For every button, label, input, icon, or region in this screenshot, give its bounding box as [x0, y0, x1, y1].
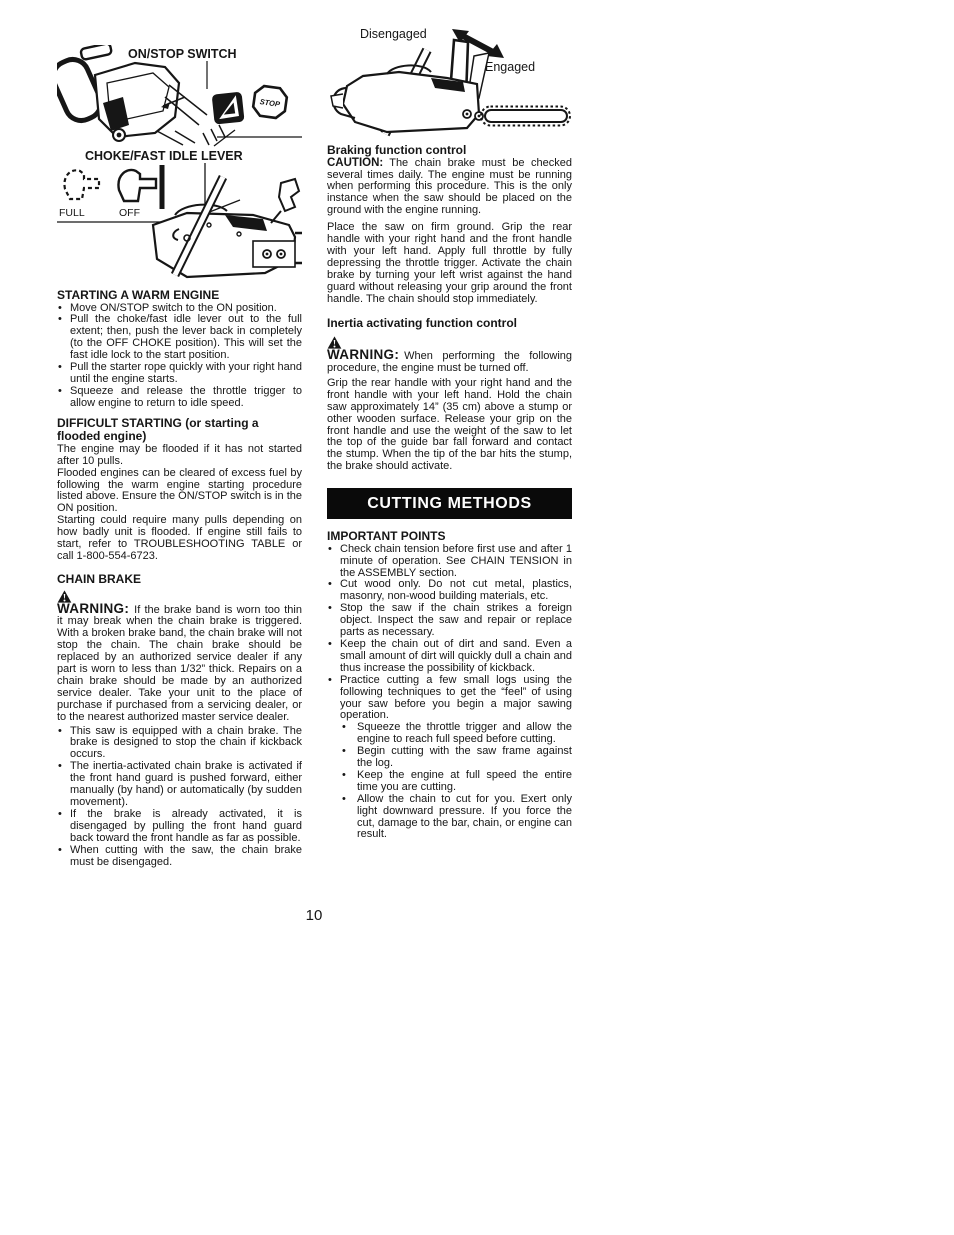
- off-position-label: OFF: [119, 207, 140, 219]
- list-item: When cutting with the saw, the chain bra…: [57, 845, 302, 869]
- cutting-methods-banner: CUTTING METHODS: [327, 488, 572, 519]
- difficult-starting-heading: DIFFICULT STARTING (or starting a floode…: [57, 417, 302, 444]
- stop-sign-icon: STOP: [252, 85, 288, 119]
- warning-label: WARNING:: [57, 601, 134, 616]
- list-item: If the brake is already activated, it is…: [57, 809, 302, 845]
- list-item: Begin cutting with the saw frame against…: [340, 746, 572, 770]
- list-item: Cut wood only. Do not cut metal, plastic…: [327, 579, 572, 603]
- list-item: The inertia-activated chain brake is act…: [57, 761, 302, 809]
- body-paragraph: The engine may be flooded if it has not …: [57, 444, 302, 468]
- right-column: Disengaged Engaged: [327, 22, 572, 841]
- chain-brake-list: This saw is equipped with a chain brake.…: [57, 726, 302, 869]
- practice-techniques-list: Squeeze the throttle trigger and allow t…: [327, 722, 572, 841]
- disengaged-label: Disengaged: [360, 27, 427, 41]
- rocker-switch-icon: [212, 92, 245, 125]
- list-item: Stop the saw if the chain strikes a fore…: [327, 603, 572, 639]
- list-item: Check chain tension before first use and…: [327, 544, 572, 580]
- body-paragraph: Starting could require many pulls depend…: [57, 515, 302, 563]
- page-number: 10: [294, 907, 334, 924]
- list-item: This saw is equipped with a chain brake.…: [57, 726, 302, 762]
- full-position-label: FULL: [59, 207, 85, 219]
- important-points-heading: IMPORTANT POINTS: [327, 530, 572, 544]
- list-item: Squeeze and release the throttle trigger…: [57, 386, 302, 410]
- list-item: Allow the chain to cut for you. Exert on…: [340, 794, 572, 842]
- body-paragraph: Place the saw on firm ground. Grip the r…: [327, 222, 572, 305]
- inertia-warning: WARNING:When performing the following pr…: [327, 336, 572, 375]
- chain-brake-heading: CHAIN BRAKE: [57, 573, 302, 587]
- list-item: Pull the starter rope quickly with your …: [57, 362, 302, 386]
- warning-label: WARNING:: [327, 347, 404, 362]
- chain-brake-warning: WARNING:If the brake band is worn too th…: [57, 590, 302, 724]
- onstop-switch-illustration: ON/STOP SWITCH: [57, 45, 302, 149]
- manual-page: ON/STOP SWITCH: [0, 0, 954, 1235]
- chain-brake-figure: Disengaged Engaged: [327, 22, 572, 140]
- caution-paragraph: CAUTION:The chain brake must be checked …: [327, 158, 572, 218]
- important-points-list: Check chain tension before first use and…: [327, 544, 572, 723]
- onstop-switch-figure: ON/STOP SWITCH: [57, 45, 302, 149]
- list-item: Squeeze the throttle trigger and allow t…: [340, 722, 572, 746]
- body-paragraph: Flooded engines can be cleared of excess…: [57, 468, 302, 516]
- braking-function-heading: Braking function control: [327, 144, 572, 158]
- list-item: Practice cutting a few small logs using …: [327, 675, 572, 723]
- choke-lever-figure: FULL OFF: [57, 163, 302, 281]
- warm-engine-list: Move ON/STOP switch to the ON position. …: [57, 303, 302, 410]
- caution-label: CAUTION:: [327, 157, 389, 169]
- choke-figure-label: CHOKE/FAST IDLE LEVER: [85, 151, 302, 163]
- inertia-function-heading: Inertia activating function control: [327, 317, 572, 331]
- chain-brake-illustration: Disengaged Engaged: [327, 22, 572, 140]
- left-column: ON/STOP SWITCH: [57, 45, 302, 868]
- engaged-label: Engaged: [485, 60, 535, 74]
- warm-engine-heading: STARTING A WARM ENGINE: [57, 289, 302, 303]
- choke-lever-illustration: FULL OFF: [57, 163, 302, 281]
- body-paragraph: Grip the rear handle with your right han…: [327, 378, 572, 473]
- list-item: Keep the chain out of dirt and sand. Eve…: [327, 639, 572, 675]
- list-item: Keep the engine at full speed the entire…: [340, 770, 572, 794]
- figure-label: ON/STOP SWITCH: [128, 47, 237, 61]
- list-item: Pull the choke/fast idle lever out to th…: [57, 314, 302, 362]
- warning-text: If the brake band is worn too thin it ma…: [57, 604, 302, 723]
